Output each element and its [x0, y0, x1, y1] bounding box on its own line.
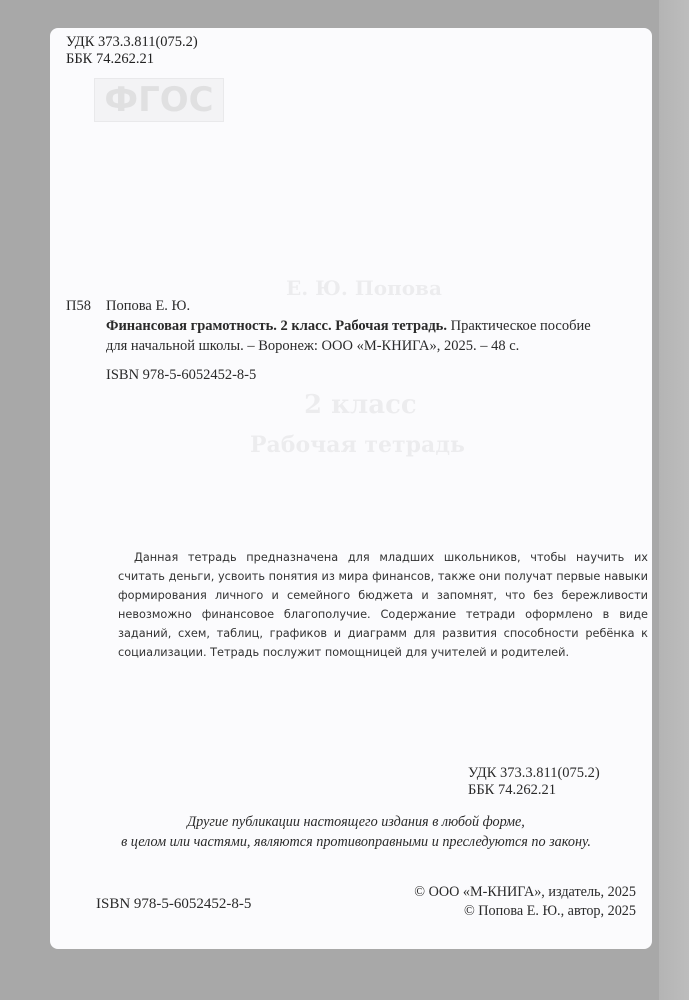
notice-line2: в целом или частями, являются противопра…	[66, 832, 646, 852]
standard-logo-bleedthrough: ФГОС	[94, 78, 224, 122]
isbn: ISBN 978-5-6052452-8-5	[106, 365, 646, 385]
notice-line1: Другие публикации настоящего издания в л…	[66, 812, 646, 832]
bbk-code: ББК 74.262.21	[66, 51, 198, 68]
author-name: Попова Е. Ю.	[106, 296, 646, 316]
bbk-code-bottom: ББК 74.262.21	[468, 782, 600, 799]
copyright-block: © ООО «М-КНИГА», издатель, 2025 © Попова…	[414, 883, 636, 921]
description-line1: Практическое пособие	[451, 318, 591, 334]
catalog-entry-body: Попова Е. Ю. Финансовая грамотность. 2 к…	[106, 296, 646, 385]
background-edge	[659, 0, 689, 1000]
bleedthrough-grade: 2 класс	[304, 390, 417, 420]
udk-code: УДК 373.3.811(075.2)	[66, 34, 198, 51]
udk-code-bottom: УДК 373.3.811(075.2)	[468, 765, 600, 782]
book-imprint-page: ФГОС Е. Ю. Попова 2 класс Рабочая тетрад…	[50, 28, 652, 949]
annotation-text: Данная тетрадь предназначена для младших…	[118, 551, 648, 659]
copyright-author: © Попова Е. Ю., автор, 2025	[414, 902, 636, 921]
annotation: Данная тетрадь предназначена для младших…	[118, 548, 648, 662]
classification-codes-bottom: УДК 373.3.811(075.2) ББК 74.262.21	[468, 765, 600, 799]
copyright-publisher: © ООО «М-КНИГА», издатель, 2025	[414, 883, 636, 902]
copyright-notice: Другие публикации настоящего издания в л…	[66, 812, 646, 852]
author-mark: П58	[66, 296, 91, 316]
bibliographic-description: Финансовая грамотность. 2 класс. Рабочая…	[106, 316, 646, 356]
isbn-bottom: ISBN 978-5-6052452-8-5	[96, 896, 251, 913]
bleedthrough-type: Рабочая тетрадь	[250, 432, 465, 458]
classification-codes-top: УДК 373.3.811(075.2) ББК 74.262.21	[66, 34, 198, 68]
book-title: Финансовая грамотность. 2 класс. Рабочая…	[106, 318, 447, 334]
description-line2: для начальной школы. – Воронеж: ООО «М-К…	[106, 338, 519, 354]
